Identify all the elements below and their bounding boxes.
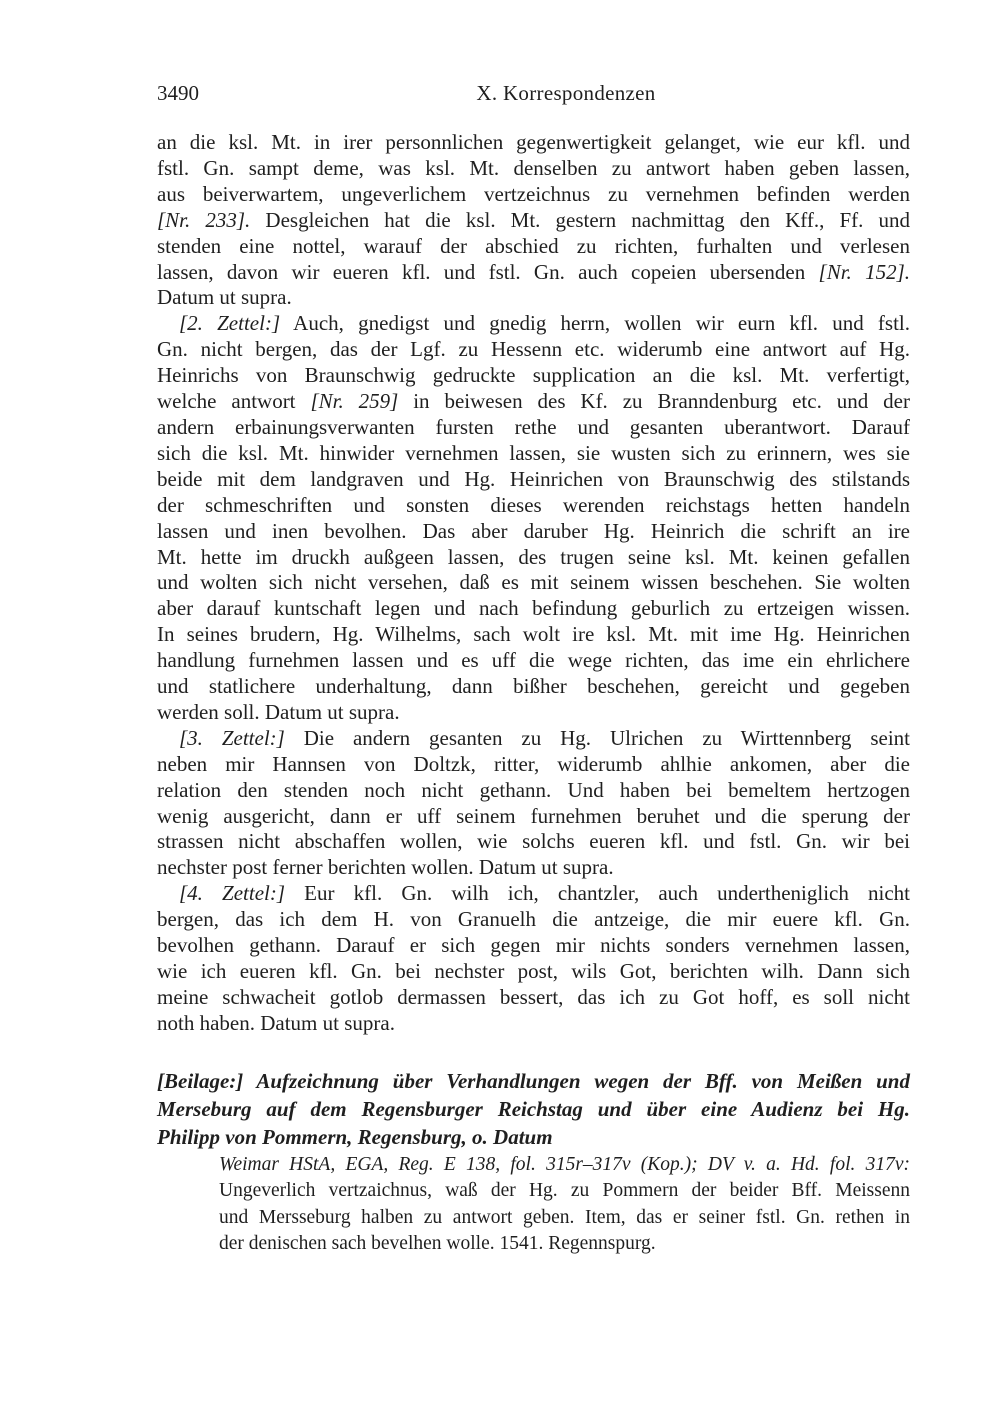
text-segment: bergen, das ich dem H. von Granuelh die … [157,907,910,931]
text-line: stenden eine nottel, warauf der abschied… [157,234,910,260]
text-line: beide mit dem landgraven und Hg. Heinric… [157,467,910,493]
text-segment: sich die ksl. Mt. hinwider vernehmen las… [157,441,910,465]
text-line: wie ich eueren kfl. Gn. bei nechster pos… [157,959,910,985]
page-number: 3490 [157,80,199,106]
text-segment: der denischen sach bevelhen wolle. 1541.… [219,1233,656,1254]
text-line: welche antwort [Nr. 259] in beiwesen des… [157,389,910,415]
text-line: sich die ksl. Mt. hinwider vernehmen las… [157,441,910,467]
text-line: Heinrichs von Braunschwig gedruckte supp… [157,363,910,389]
text-segment: bevolhen gethann. Darauf er sich gegen m… [157,933,910,957]
text-line: werden soll. Datum ut supra. [157,700,910,726]
text-line: fstl. Gn. sampt deme, was ksl. Mt. dense… [157,156,910,182]
italic-text-segment: [3. Zettel:] [179,726,285,750]
text-segment: wenig ausgericht, dann er uff seinem fur… [157,804,910,828]
text-segment: strassen nicht abschaffen wollen, wie so… [157,829,910,853]
text-line: und Mersseburg halben zu antwort geben. … [219,1205,910,1231]
text-line: [2. Zettel:] Auch, gnedigst und gnedig h… [157,311,910,337]
text-segment: nechster post ferner berichten wollen. D… [157,855,614,879]
text-segment: [Beilage:] Aufzeichnung über Verhandlung… [157,1069,910,1093]
text-line: Ungeverlich vertzaichnus, waß der Hg. zu… [219,1178,910,1204]
text-segment: Desgleichen hat die ksl. Mt. gestern nac… [250,208,910,232]
text-line: nechster post ferner berichten wollen. D… [157,855,910,881]
text-line: [Beilage:] Aufzeichnung über Verhandlung… [157,1067,910,1095]
text-segment: Heinrichs von Braunschwig gedruckte supp… [157,363,910,387]
text-segment: stenden eine nottel, warauf der abschied… [157,234,910,258]
text-segment: werden soll. Datum ut supra. [157,700,400,724]
italic-text-segment: [4. Zettel:] [179,881,285,905]
text-segment: handlung furnehmen lassen und es uff die… [157,648,910,672]
text-segment: und wolten sich nicht versehen, daß es m… [157,570,910,594]
italic-text-segment: [Nr. 152]. [819,260,910,284]
text-line: Datum ut supra. [157,285,910,311]
italic-text-segment: Weimar HStA, EGA, Reg. E 138, fol. 315r–… [219,1154,910,1175]
text-segment: Datum ut supra. [157,285,292,309]
text-line: und statlichere underhaltung, dann bißhe… [157,674,910,700]
text-segment: fstl. Gn. sampt deme, was ksl. Mt. dense… [157,156,910,180]
text-segment: in beiwesen des Kf. zu Branndenburg etc.… [398,389,910,413]
italic-text-segment: [Nr. 233]. [157,208,250,232]
text-line: Merseburg auf dem Regensburger Reichstag… [157,1095,910,1123]
text-segment: lassen, davon wir eueren kfl. und fstl. … [157,260,819,284]
text-segment: Merseburg auf dem Regensburger Reichstag… [157,1097,910,1121]
text-segment: Mt. hette im druckh außgeen lassen, des … [157,545,910,569]
text-segment: meine schwacheit gotlob dermassen besser… [157,985,910,1009]
text-line: In seines brudern, Hg. Wilhelms, sach wo… [157,622,910,648]
text-segment: andern erbainungsverwanten fursten rethe… [157,415,910,439]
text-line: bevolhen gethann. Darauf er sich gegen m… [157,933,910,959]
text-line: [Nr. 233]. Desgleichen hat die ksl. Mt. … [157,208,910,234]
text-segment: und statlichere underhaltung, dann bißhe… [157,674,910,698]
text-line: Philipp von Pommern, Regensburg, o. Datu… [157,1123,910,1151]
text-line: der denischen sach bevelhen wolle. 1541.… [219,1231,910,1257]
text-line: der schmeschriften und sonsten dieses we… [157,493,910,519]
text-line: lassen, davon wir eueren kfl. und fstl. … [157,260,910,286]
beilage-heading: [Beilage:] Aufzeichnung über Verhandlung… [157,1067,910,1151]
text-segment: und Mersseburg halben zu antwort geben. … [219,1207,910,1228]
text-line: handlung furnehmen lassen und es uff die… [157,648,910,674]
text-line: meine schwacheit gotlob dermassen besser… [157,985,910,1011]
text-line: aber darauf kuntschaft legen und nach be… [157,596,910,622]
text-segment: wie ich eueren kfl. Gn. bei nechster pos… [157,959,910,983]
text-segment: Auch, gnedigst und gnedig herrn, wollen … [280,311,910,335]
text-segment: welche antwort [157,389,310,413]
text-segment: Philipp von Pommern, Regensburg, o. Datu… [157,1125,553,1149]
text-segment: Die andern gesanten zu Hg. Ulrichen zu W… [285,726,910,750]
text-segment: In seines brudern, Hg. Wilhelms, sach wo… [157,622,910,646]
text-segment: Gn. nicht bergen, das der Lgf. zu Hessen… [157,337,910,361]
text-segment: an die ksl. Mt. in irer personnlichen ge… [157,130,910,154]
running-head-title: X. Korrespondenzen [476,80,655,106]
text-segment: neben mir Hannsen von Doltzk, ritter, wi… [157,752,910,776]
text-line: Gn. nicht bergen, das der Lgf. zu Hessen… [157,337,910,363]
text-line: aus beiverwartem, ungeverlichem vertzeic… [157,182,910,208]
text-segment: Eur kfl. Gn. wilh ich, chantzler, auch u… [285,881,910,905]
italic-text-segment: [2. Zettel:] [179,311,280,335]
text-segment: relation den stenden noch nicht gethann.… [157,778,910,802]
text-line: Mt. hette im druckh außgeen lassen, des … [157,545,910,571]
text-segment: beide mit dem landgraven und Hg. Heinric… [157,467,910,491]
text-line: [4. Zettel:] Eur kfl. Gn. wilh ich, chan… [157,881,910,907]
text-segment: lassen und inen bevolhen. Das aber darub… [157,519,910,543]
text-line: neben mir Hannsen von Doltzk, ritter, wi… [157,752,910,778]
letter-body: an die ksl. Mt. in irer personnlichen ge… [157,130,910,1037]
text-line: wenig ausgericht, dann er uff seinem fur… [157,804,910,830]
text-segment: aber darauf kuntschaft legen und nach be… [157,596,910,620]
text-line: lassen und inen bevolhen. Das aber darub… [157,519,910,545]
text-segment: der schmeschriften und sonsten dieses we… [157,493,910,517]
text-segment: Ungeverlich vertzaichnus, waß der Hg. zu… [219,1180,910,1201]
text-line: andern erbainungsverwanten fursten rethe… [157,415,910,441]
text-line: an die ksl. Mt. in irer personnlichen ge… [157,130,910,156]
italic-text-segment: [Nr. 259] [310,389,398,413]
text-line: Weimar HStA, EGA, Reg. E 138, fol. 315r–… [219,1152,910,1178]
text-segment: aus beiverwartem, ungeverlichem vertzeic… [157,182,910,206]
text-line: noth haben. Datum ut supra. [157,1011,910,1037]
text-segment: noth haben. Datum ut supra. [157,1011,395,1035]
text-line: [3. Zettel:] Die andern gesanten zu Hg. … [157,726,910,752]
text-line: bergen, das ich dem H. von Granuelh die … [157,907,910,933]
book-page: 3490 X. Korrespondenzen an die ksl. Mt. … [0,0,1004,1418]
running-head: 3490 X. Korrespondenzen [157,80,910,106]
text-line: strassen nicht abschaffen wollen, wie so… [157,829,910,855]
text-line: relation den stenden noch nicht gethann.… [157,778,910,804]
text-line: und wolten sich nicht versehen, daß es m… [157,570,910,596]
archival-note: Weimar HStA, EGA, Reg. E 138, fol. 315r–… [219,1152,910,1257]
